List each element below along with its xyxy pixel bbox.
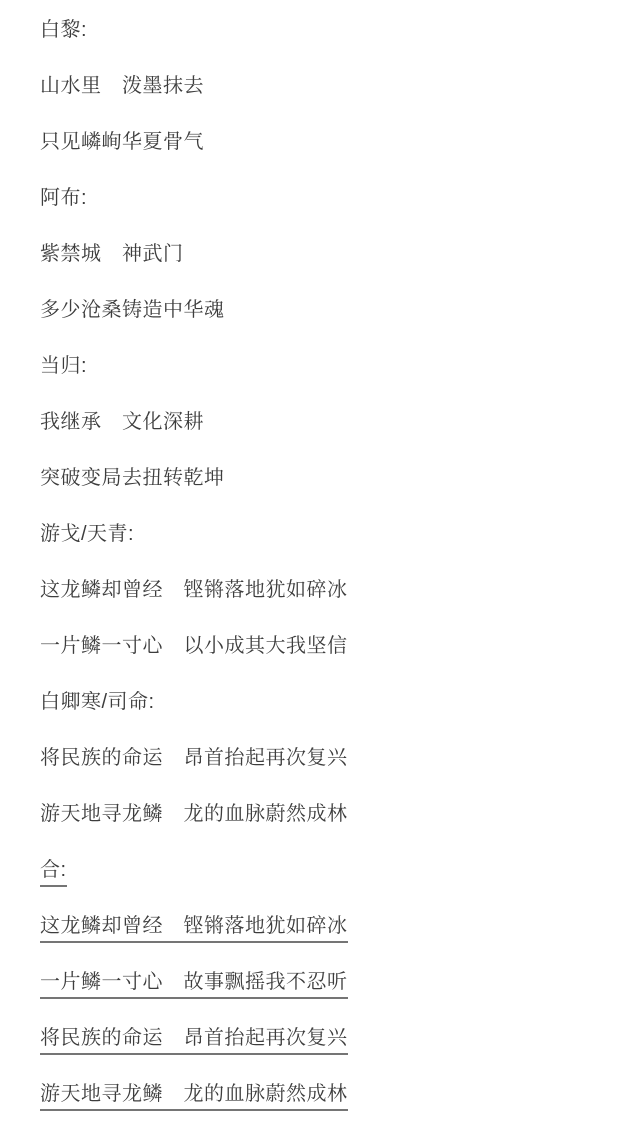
lyric-line-text: 我继承 文化深耕 (40, 411, 204, 433)
singer-label: 游戈/天青: (40, 520, 610, 548)
singer-label: 合: (40, 856, 610, 884)
lyric-line-text: 一片鳞一寸心 故事飘摇我不忍听 (40, 971, 348, 999)
lyrics-page: 白黎: 山水里 泼墨抹去 只见嶙峋华夏骨气 阿布: 紫禁城 神武门 多少沧桑铸造… (0, 0, 640, 1143)
singer-label-text: 当归: (40, 355, 87, 377)
lyric-line-text: 紫禁城 神武门 (40, 243, 184, 265)
lyric-line: 只见嶙峋华夏骨气 (40, 128, 610, 156)
lyric-line: 一片鳞一寸心 故事飘摇我不忍听 (40, 968, 610, 996)
lyric-line-text: 突破变局去扭转乾坤 (40, 467, 225, 489)
lyric-line: 我继承 文化深耕 (40, 408, 610, 436)
lyric-line-text: 这龙鳞却曾经 铿锵落地犹如碎冰 (40, 579, 348, 601)
singer-label-text: 合: (40, 859, 67, 887)
lyric-line-text: 多少沧桑铸造中华魂 (40, 299, 225, 321)
lyric-line: 多少沧桑铸造中华魂 (40, 296, 610, 324)
lyric-line-text: 游天地寻龙鳞 龙的血脉蔚然成林 (40, 1083, 348, 1111)
lyric-line: 这龙鳞却曾经 铿锵落地犹如碎冰 (40, 576, 610, 604)
lyric-line: 山水里 泼墨抹去 (40, 72, 610, 100)
singer-label-text: 白黎: (40, 19, 87, 41)
lyric-line: 这龙鳞却曾经 铿锵落地犹如碎冰 (40, 912, 610, 940)
lyric-line-text: 只见嶙峋华夏骨气 (40, 131, 204, 153)
lyric-line-text: 这龙鳞却曾经 铿锵落地犹如碎冰 (40, 915, 348, 943)
lyric-line-text: 一片鳞一寸心 以小成其大我坚信 (40, 635, 348, 657)
lyric-line-text: 将民族的命运 昂首抬起再次复兴 (40, 1027, 348, 1055)
lyric-line-text: 将民族的命运 昂首抬起再次复兴 (40, 747, 348, 769)
singer-label-text: 阿布: (40, 187, 87, 209)
singer-label: 白卿寒/司命: (40, 688, 610, 716)
singer-label-text: 游戈/天青: (40, 523, 134, 545)
lyric-line: 将民族的命运 昂首抬起再次复兴 (40, 1024, 610, 1052)
lyric-line: 紫禁城 神武门 (40, 240, 610, 268)
lyric-line-text: 山水里 泼墨抹去 (40, 75, 204, 97)
lyric-line-text: 游天地寻龙鳞 龙的血脉蔚然成林 (40, 803, 348, 825)
lyric-line: 游天地寻龙鳞 龙的血脉蔚然成林 (40, 1080, 610, 1108)
lyric-line: 将民族的命运 昂首抬起再次复兴 (40, 744, 610, 772)
singer-label: 阿布: (40, 184, 610, 212)
singer-label: 当归: (40, 352, 610, 380)
lyric-line: 游天地寻龙鳞 龙的血脉蔚然成林 (40, 800, 610, 828)
lyric-line: 突破变局去扭转乾坤 (40, 464, 610, 492)
singer-label: 白黎: (40, 16, 610, 44)
lyric-line: 一片鳞一寸心 以小成其大我坚信 (40, 632, 610, 660)
singer-label-text: 白卿寒/司命: (40, 691, 155, 713)
